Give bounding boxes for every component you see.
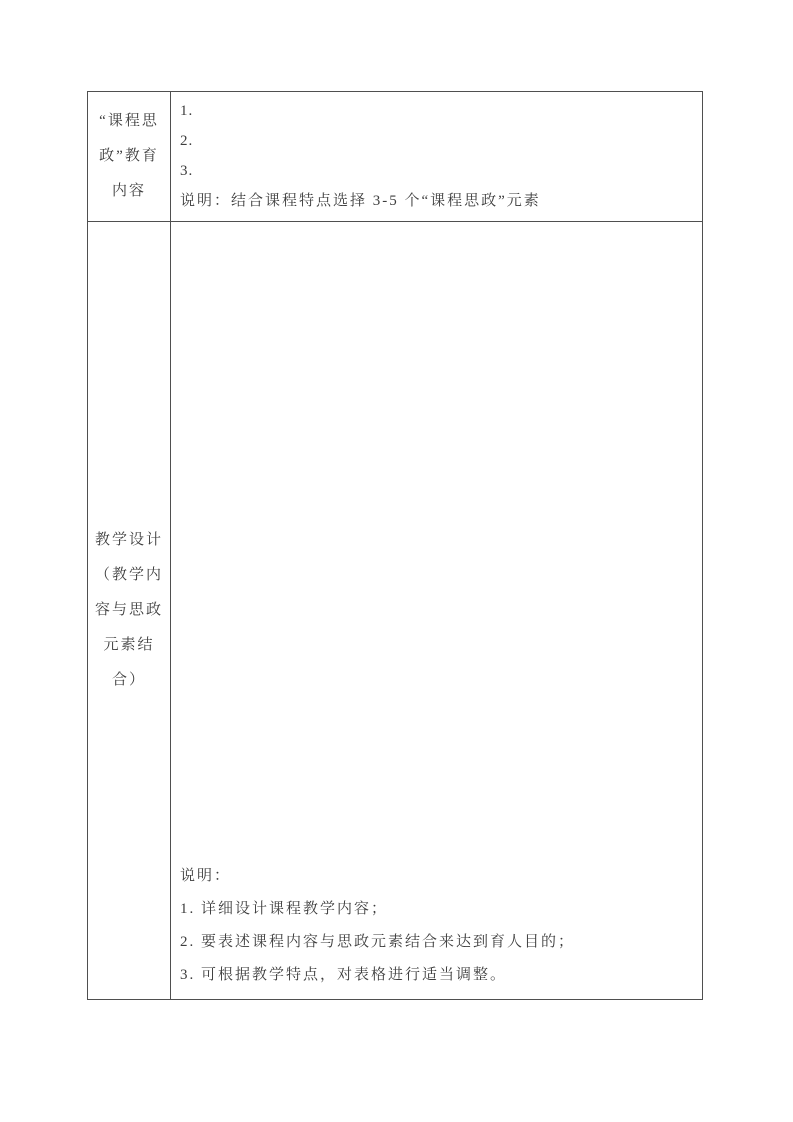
instruction-note: 说明：结合课程特点选择 3-5 个“课程思政”元素 bbox=[180, 186, 696, 217]
header-line: 容与思政 bbox=[95, 593, 163, 628]
cell-teaching-design: 说明： 1. 详细设计课程教学内容； 2. 要表述课程内容与思政元素结合来达到育… bbox=[171, 222, 702, 999]
table-row-teaching-design: 教学设计 （教学内 容与思政 元素结 合） 说明： 1. 详细设计课程教学内容；… bbox=[88, 221, 702, 999]
numbered-item: 1. bbox=[180, 96, 696, 126]
instruction-note: 3. 可根据教学特点，对表格进行适当调整。 bbox=[180, 959, 696, 992]
header-line: 教学设计 bbox=[95, 523, 163, 558]
header-line: 内容 bbox=[112, 174, 146, 209]
header-line: （教学内 bbox=[95, 558, 163, 593]
instruction-note: 说明： bbox=[180, 860, 696, 893]
cell-course-ideology-items: 1. 2. 3. 说明：结合课程特点选择 3-5 个“课程思政”元素 bbox=[171, 92, 702, 221]
numbered-item: 3. bbox=[180, 156, 696, 186]
header-line: “课程思 bbox=[99, 104, 159, 139]
numbered-item: 2. bbox=[180, 126, 696, 156]
instruction-notes-block: 说明： 1. 详细设计课程教学内容； 2. 要表述课程内容与思政元素结合来达到育… bbox=[180, 860, 696, 992]
lesson-plan-table: “课程思 政”教育 内容 1. 2. 3. 说明：结合课程特点选择 3-5 个“… bbox=[87, 91, 703, 1000]
row-header-course-ideology-content: “课程思 政”教育 内容 bbox=[88, 92, 171, 221]
header-line: 元素结 bbox=[103, 628, 154, 663]
row-header-teaching-design: 教学设计 （教学内 容与思政 元素结 合） bbox=[88, 222, 171, 999]
instruction-note: 2. 要表述课程内容与思政元素结合来达到育人目的； bbox=[180, 926, 696, 959]
instruction-note: 1. 详细设计课程教学内容； bbox=[180, 893, 696, 926]
document-page: “课程思 政”教育 内容 1. 2. 3. 说明：结合课程特点选择 3-5 个“… bbox=[0, 0, 793, 1122]
table-row-course-ideology: “课程思 政”教育 内容 1. 2. 3. 说明：结合课程特点选择 3-5 个“… bbox=[88, 92, 702, 221]
header-line: 政”教育 bbox=[99, 139, 159, 174]
header-line: 合） bbox=[112, 663, 146, 698]
